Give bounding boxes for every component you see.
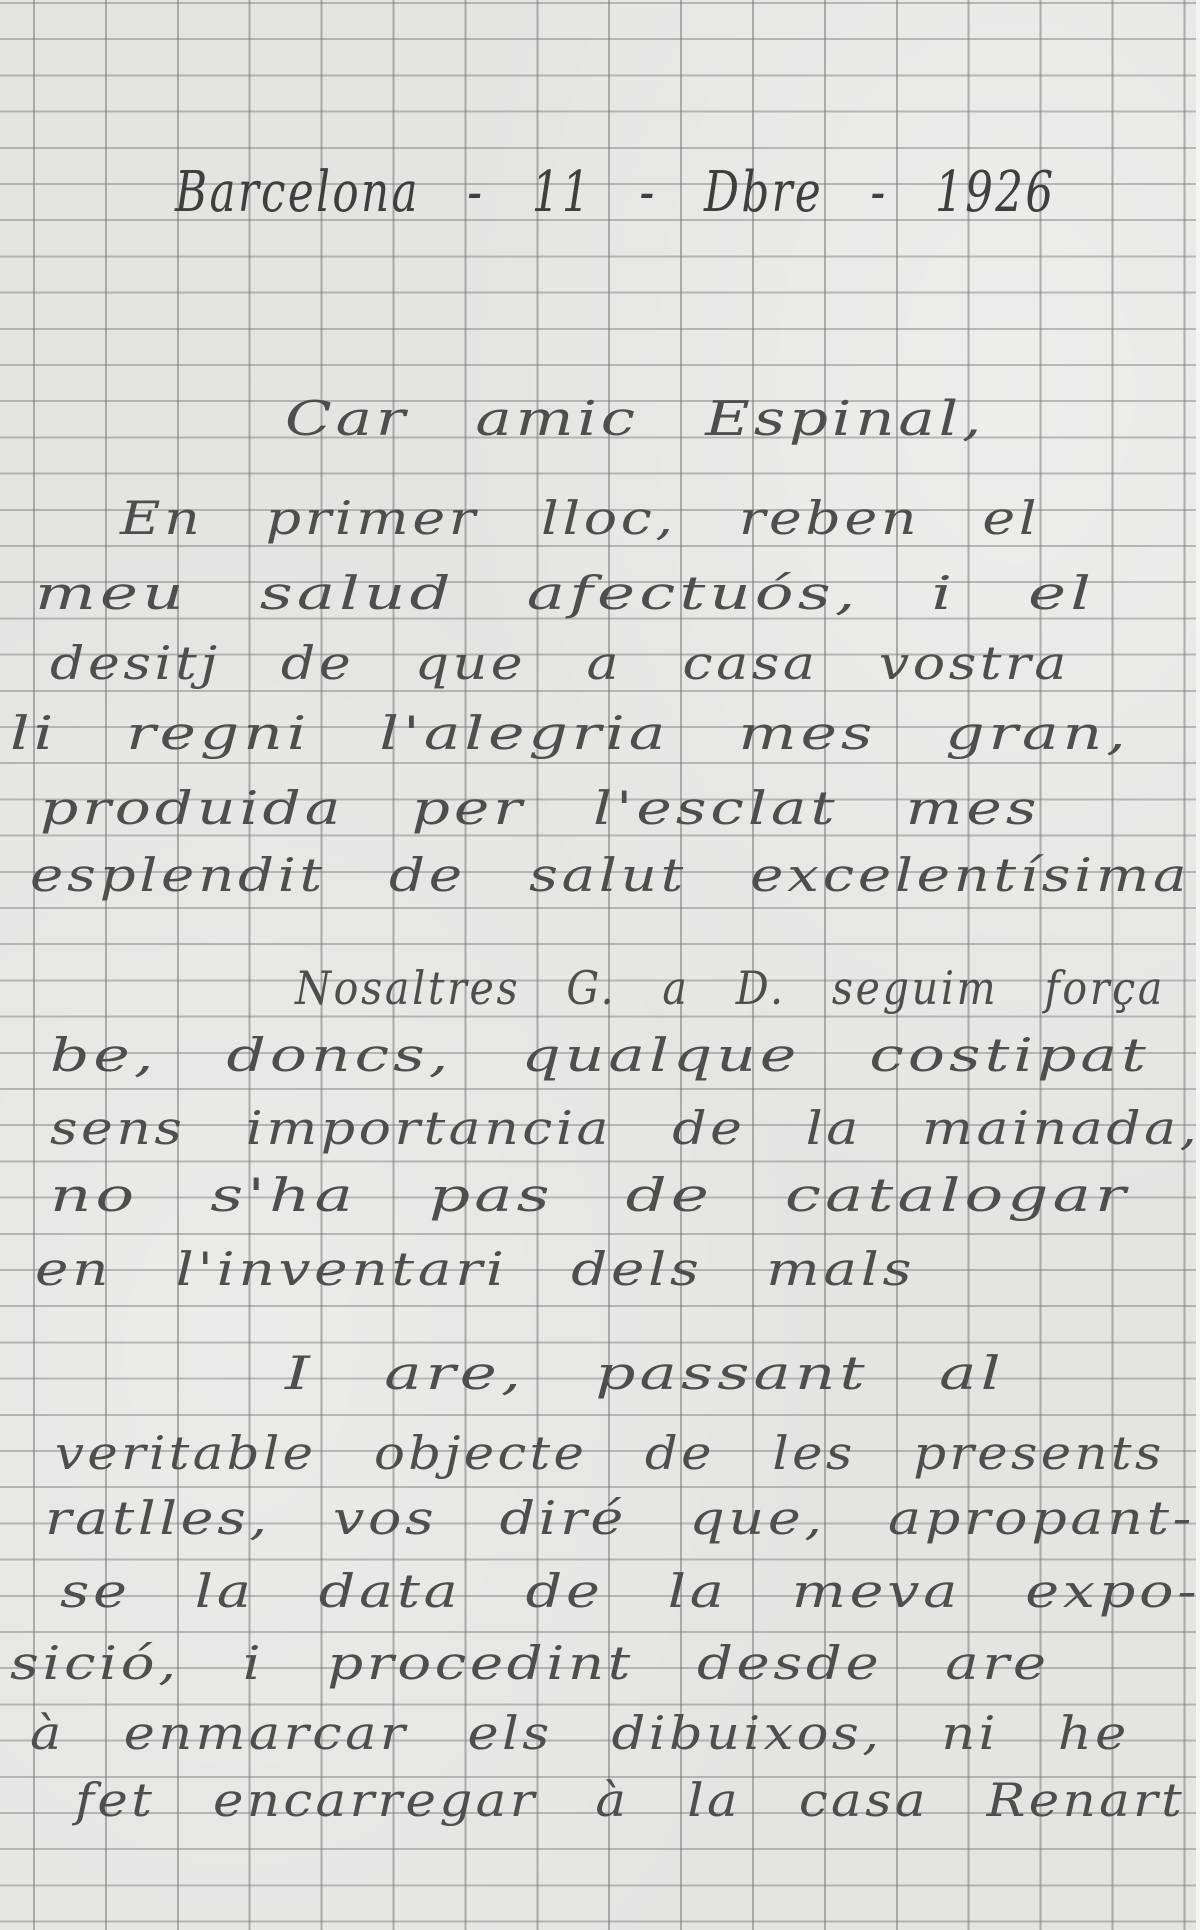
letter-line-15: se la data de la meva expo- (60, 1568, 1200, 1614)
letter-line-1: En primer lloc, reben el (120, 495, 1040, 541)
letter-line-8: be, doncs, qualque costipat (50, 1032, 1150, 1078)
letter-line-7: Nosaltres G. a D. seguim força (295, 965, 1165, 1011)
letter-line-9: sens importancia de la mainada, (50, 1105, 1200, 1151)
letter-line-18: fet encarregar à la casa Renart (75, 1777, 1185, 1823)
salutation: Car amic Espinal, (285, 395, 985, 443)
letter-line-6: esplendit de salut excelentísima (30, 852, 1190, 898)
place-date-heading: Barcelona - 11 - Dbre - 1926 (175, 165, 1056, 221)
grid-paper-sheet: Barcelona - 11 - Dbre - 1926 Car amic Es… (0, 0, 1196, 1930)
letter-line-3: desitj de que a casa vostra (50, 640, 1070, 686)
letter-line-2: meu salud afectuós, i el (35, 570, 1095, 616)
letter-line-11: en l'inventari dels mals (35, 1246, 915, 1292)
letter-line-14: ratlles, vos diré que, apropant- (45, 1495, 1195, 1541)
letter-line-12: I are, passant al (285, 1350, 1005, 1396)
letter-line-4: li regni l'alegria mes gran, (10, 710, 1130, 756)
letter-line-16: sició, i procedint desde are (10, 1640, 1050, 1686)
letter-line-13: veritable objecte de les presents (55, 1430, 1165, 1476)
letter-line-10: no s'ha pas de catalogar (50, 1172, 1130, 1218)
letter-line-5: produida per l'esclat mes (40, 785, 1040, 831)
letter-line-17: à enmarcar els dibuixos, ni he (30, 1710, 1130, 1756)
